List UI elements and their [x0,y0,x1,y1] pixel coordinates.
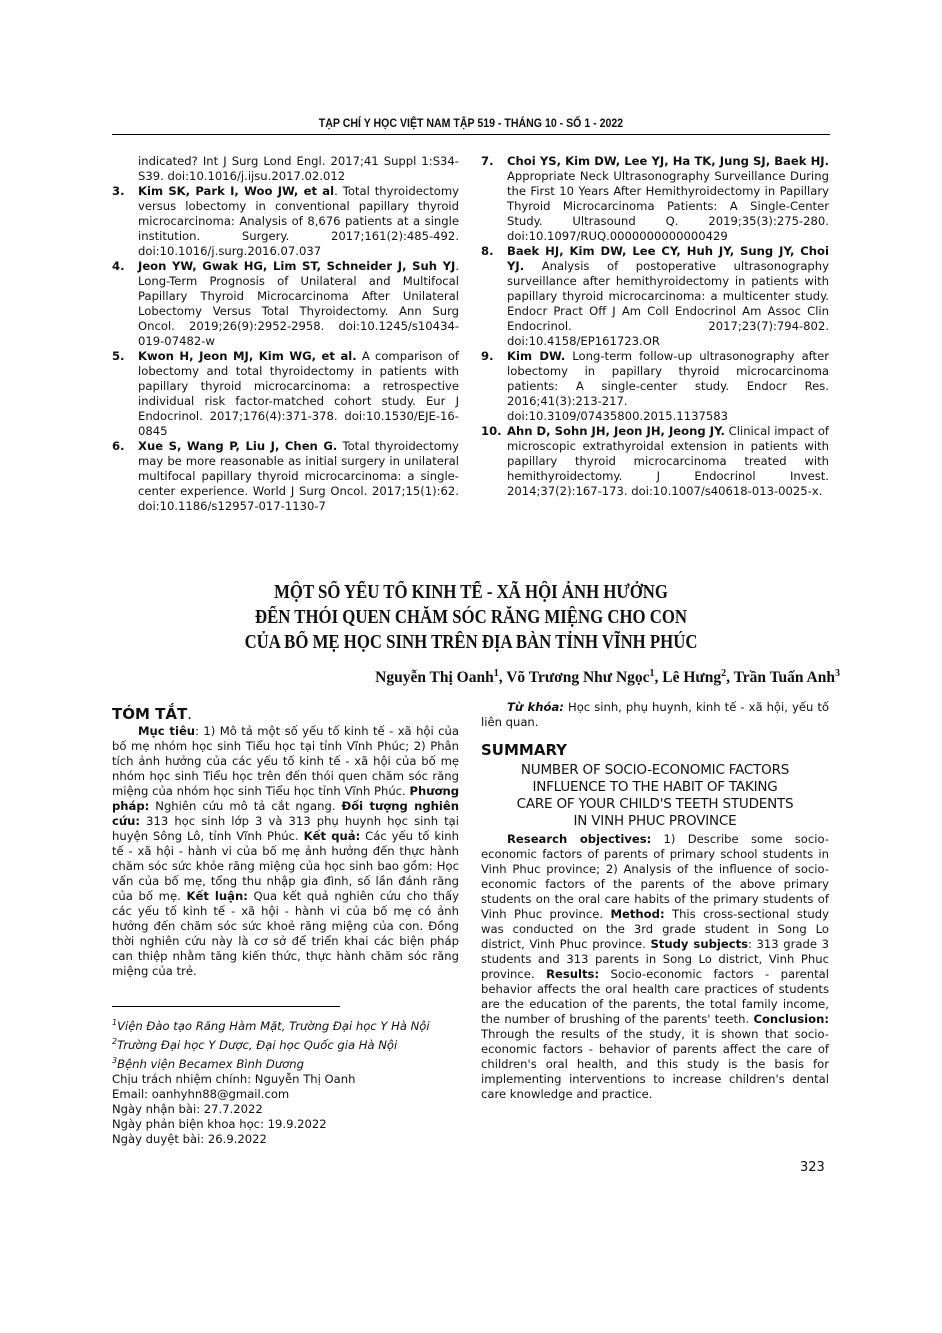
footnotes: 1Viện Đào tạo Răng Hàm Mặt, Trường Đại h… [112,1015,459,1147]
affiliation-text: Bệnh viện Becamex Bình Dương [117,1057,304,1071]
reference-number: 7. [481,154,493,169]
reference-authors: Choi YS, Kim DW, Lee YJ, Ha TK, Jung SJ,… [507,154,829,168]
objective-label: Research objectives: [507,832,651,846]
abstract-right-column: Từ khóa: Học sinh, phụ huynh, kinh tế - … [481,700,829,1102]
page-number: 323 [800,1160,825,1175]
conclusion-label: Conclusion: [753,1012,829,1026]
author-list: Nguyễn Thị Oanh1, Võ Trương Như Ngọc1, L… [240,668,840,687]
conclusion-label: Kết luận: [186,889,247,903]
references-right-column: 7.Choi YS, Kim DW, Lee YJ, Ha TK, Jung S… [481,154,829,499]
title-line: CỦA BỐ MẸ HỌC SINH TRÊN ĐỊA BÀN TỈNH VĨN… [162,630,779,655]
author-name: Võ Trương Như Ngọc [506,669,649,686]
reference-authors: Kim DW. [507,349,565,363]
reference-number: 6. [112,439,124,454]
author-name: Nguyễn Thị Oanh [375,669,494,686]
summary-title-line: NUMBER OF SOCIO-ECONOMIC FACTORS [481,762,829,779]
reference-item: 5.Kwon H, Jeon MJ, Kim WG, et al. A comp… [112,349,459,439]
reference-item: 8.Baek HJ, Kim DW, Lee CY, Huh JY, Sung … [481,244,829,349]
received-date: Ngày nhận bài: 27.7.2022 [112,1102,459,1117]
author-name: Trần Tuấn Anh [734,669,835,686]
reference-number: 5. [112,349,124,364]
summary-title-line: INFLUENCE TO THE HABIT OF TAKING [481,779,829,796]
results-label: Results: [546,967,599,981]
references-left-column: indicated? Int J Surg Lond Engl. 2017;41… [112,154,459,514]
review-date: Ngày phản biện khoa học: 19.9.2022 [112,1117,459,1132]
author-separator: , [726,669,733,686]
abstract-paragraph: Mục tiêu: 1) Mô tả một số yếu tố kinh tế… [112,724,459,979]
reference-authors: Ahn D, Sohn JH, Jeon JH, Jeong JY. [507,424,725,438]
reference-number: 8. [481,244,493,259]
method-text: Nghiên cứu mô tả cắt ngang. [149,799,341,813]
reference-authors: Kwon H, Jeon MJ, Kim WG, et al. [138,349,357,363]
article-title: MỘT SỐ YẾU TỐ KINH TẾ - XÃ HỘI ẢNH HƯỞNG… [112,580,830,655]
reference-number: 9. [481,349,493,364]
header-rule [112,134,830,135]
email: Email: oanhyhn88@gmail.com [112,1087,459,1102]
reference-authors: Jeon YW, Gwak HG, Lim ST, Schneider J, S… [138,259,455,273]
author-affiliation: 3 [835,668,840,679]
reference-authors: Xue S, Wang P, Liu J, Chen G. [138,439,337,453]
keywords: Từ khóa: Học sinh, phụ huynh, kinh tế - … [481,700,829,730]
title-line: MỘT SỐ YẾU TỐ KINH TẾ - XÃ HỘI ẢNH HƯỞNG [162,580,779,605]
reference-number: 3. [112,184,124,199]
footnote-rule [112,1006,340,1007]
keywords-label: Từ khóa: [507,700,564,714]
results-label: Kết quả: [304,829,361,843]
affiliation-text: Trường Đại học Y Dược, Đại học Quốc gia … [117,1038,397,1052]
reference-item: 3.Kim SK, Park I, Woo JW, et al. Total t… [112,184,459,259]
reference-text: indicated? Int J Surg Lond Engl. 2017;41… [138,154,459,183]
reference-item: 9.Kim DW. Long-term follow-up ultrasonog… [481,349,829,424]
conclusion-text: Through the results of the study, it is … [481,1027,829,1101]
corresponding-author: Chịu trách nhiệm chính: Nguyễn Thị Oanh [112,1072,459,1087]
reference-number: 4. [112,259,124,274]
author-name: Lê Hưng [662,669,721,686]
abstract-vietnamese: TÓM TẮT. Mục tiêu: 1) Mô tả một số yếu t… [112,704,459,979]
title-line: ĐẾN THÓI QUEN CHĂM SÓC RĂNG MIỆNG CHO CO… [162,605,779,630]
subjects-label: Study subjects [650,937,748,951]
affiliation-footnote: 3Bệnh viện Becamex Bình Dương [112,1053,459,1072]
heading-period: . [187,705,192,723]
abstract-heading: TÓM TẮT. [112,704,459,724]
affiliation-footnote: 1Viện Đào tạo Răng Hàm Mặt, Trường Đại h… [112,1015,459,1034]
affiliation-footnote: 2Trường Đại học Y Dược, Đại học Quốc gia… [112,1034,459,1053]
reference-item: 10.Ahn D, Sohn JH, Jeon JH, Jeong JY. Cl… [481,424,829,499]
summary-heading: SUMMARY [481,740,829,760]
running-header: TẠP CHÍ Y HỌC VIỆT NAM TẬP 519 - THÁNG 1… [141,118,802,130]
accepted-date: Ngày duyệt bài: 26.9.2022 [112,1132,459,1147]
reference-text: Appropriate Neck Ultrasonography Surveil… [507,169,829,243]
summary-title-line: CARE OF YOUR CHILD'S TEETH STUDENTS [481,796,829,813]
reference-item: indicated? Int J Surg Lond Engl. 2017;41… [112,154,459,184]
method-label: Method: [610,907,664,921]
reference-number: 10. [481,424,502,439]
reference-item: 4.Jeon YW, Gwak HG, Lim ST, Schneider J,… [112,259,459,349]
affiliation-text: Viện Đào tạo Răng Hàm Mặt, Trường Đại họ… [117,1019,430,1033]
reference-authors: Kim SK, Park I, Woo JW, et al [138,184,334,198]
reference-item: 6.Xue S, Wang P, Liu J, Chen G. Total th… [112,439,459,514]
summary-title: NUMBER OF SOCIO-ECONOMIC FACTORS INFLUEN… [481,762,829,830]
summary-title-line: IN VINH PHUC PROVINCE [481,813,829,830]
reference-text: Analysis of postoperative ultrasonograph… [507,259,829,348]
reference-item: 7.Choi YS, Kim DW, Lee YJ, Ha TK, Jung S… [481,154,829,244]
abstract-heading-text: TÓM TẮT [112,705,187,723]
objective-label: Mục tiêu [138,724,195,738]
summary-paragraph: Research objectives: 1) Describe some so… [481,832,829,1102]
